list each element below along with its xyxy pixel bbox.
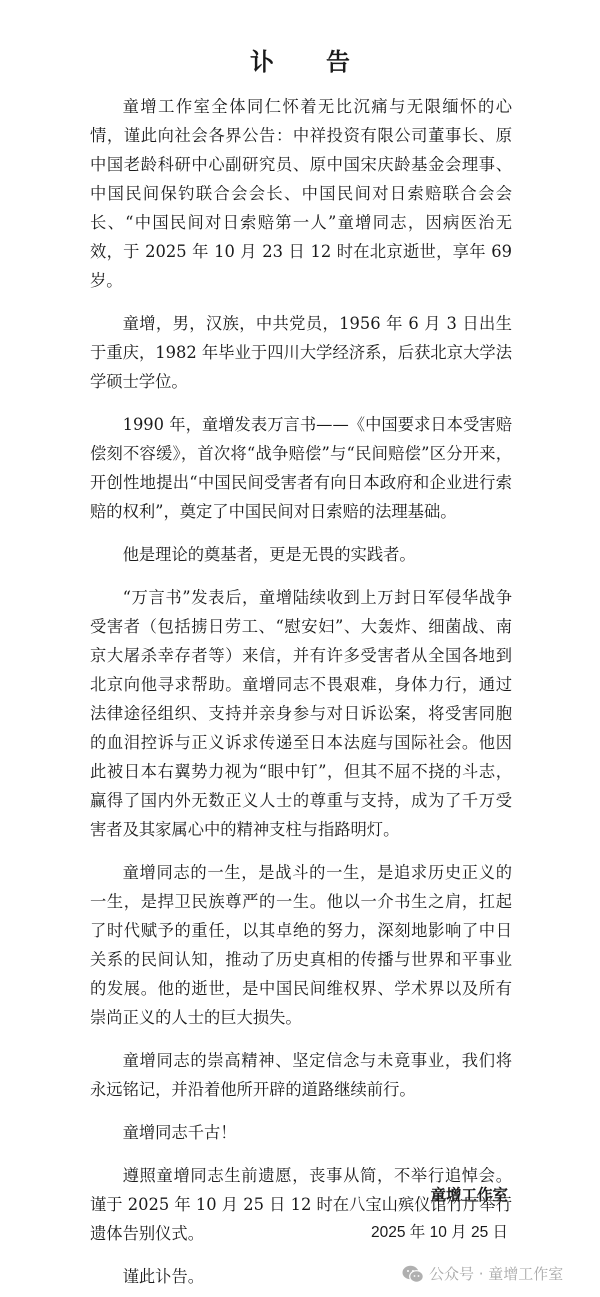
paragraph-life: 童增同志的一生，是战斗的一生，是追求历史正义的一生，是捍卫民族尊严的一生。他以一… [90, 858, 512, 1032]
paragraph-letters: “万言书”发表后，童增陆续收到上万封日军侵华战争受害者（包括掳日劳工、“慰安妇”… [90, 583, 512, 844]
paragraph-farewell: 童增同志千古！ [90, 1118, 512, 1147]
paragraph-practitioner: 他是理论的奠基者，更是无畏的实践者。 [90, 540, 512, 569]
signature-date: 2025 年 10 月 25 日 [371, 1220, 508, 1242]
paragraph-1990-petition: 1990 年，童增发表万言书——《中国要求日本受害赔偿刻不容缓》，首次将“战争赔… [90, 410, 512, 526]
watermark-text: 公众号 · 童增工作室 [429, 1263, 563, 1284]
title-char-2: 告 [326, 48, 350, 76]
wechat-watermark: 公众号 · 童增工作室 [402, 1263, 563, 1284]
title-char-1: 讣 [250, 48, 274, 76]
paragraph-biography: 童增，男，汉族，中共党员，1956 年 6 月 3 日出生于重庆，1982 年毕… [90, 309, 512, 396]
paragraph-announcement: 童增工作室全体同仁怀着无比沉痛与无限缅怀的心情，谨此向社会各界公告：中祥投资有限… [90, 92, 512, 295]
signature-organization: 童增工作室 [430, 1183, 508, 1205]
wechat-icon [402, 1265, 424, 1283]
page-title: 讣告 [0, 42, 600, 77]
document-body: 童增工作室全体同仁怀着无比沉痛与无限缅怀的心情，谨此向社会各界公告：中祥投资有限… [90, 92, 512, 1297]
paragraph-legacy: 童增同志的崇高精神、坚定信念与未竟事业，我们将永远铭记，并沿着他所开辟的道路继续… [90, 1046, 512, 1104]
